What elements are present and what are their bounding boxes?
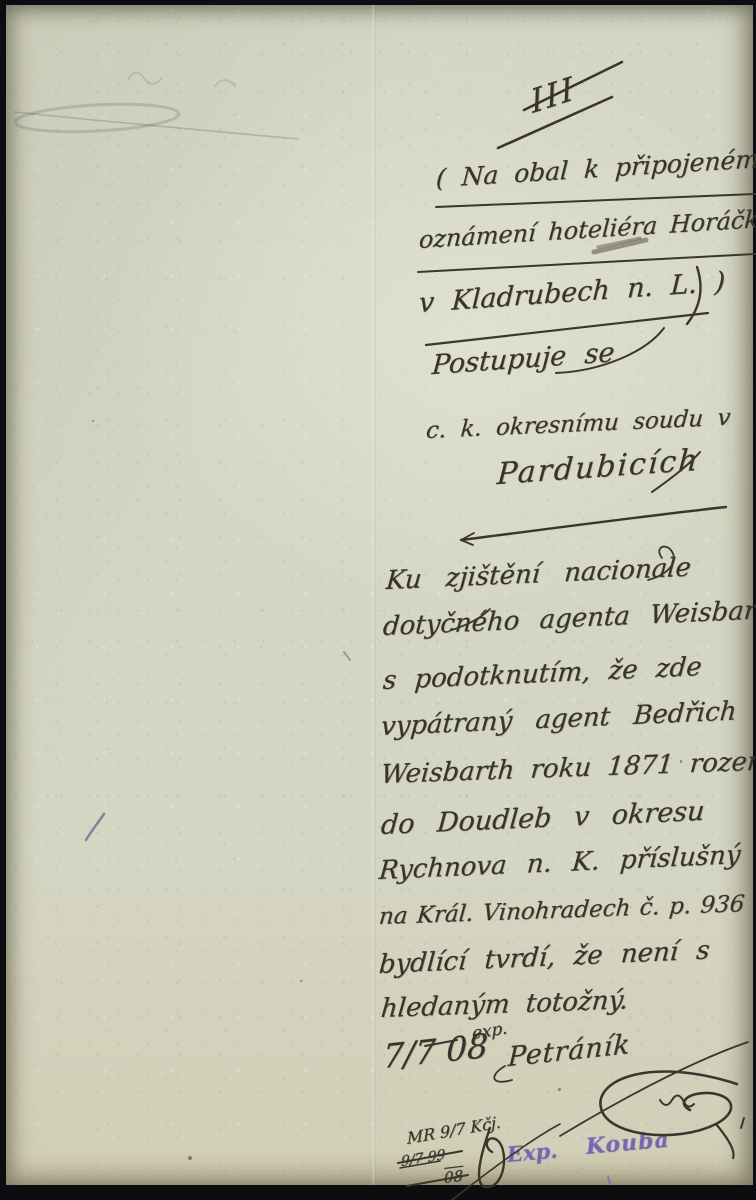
ghost-pencil-scribble [14, 101, 179, 136]
signature-tick [741, 1118, 744, 1128]
ghost-handwriting-trace [128, 72, 235, 86]
pardubicich-flourish [652, 452, 700, 492]
postupuje-flourish [556, 328, 664, 373]
strikethrough-stroke [398, 1151, 462, 1163]
scanned-document: III ( Na obal k připojenému oznámení hot… [0, 0, 756, 1200]
nacionale-flourish [648, 547, 674, 580]
pardubicich-underline [461, 507, 726, 540]
stamp-stray-mark [608, 1176, 610, 1184]
strikethrough-stroke [407, 1175, 468, 1186]
ink-annotations-layer [0, 0, 756, 1200]
dotycneho-flourish [452, 609, 490, 630]
petranik-lead-swash [494, 1066, 512, 1082]
heading-overline [524, 62, 622, 110]
cover-underline-2 [418, 254, 755, 272]
clerk-monogram [479, 1128, 504, 1187]
cover-underline-3 [426, 313, 708, 345]
ghost-pencil-line [14, 112, 298, 139]
blue-ink-mark [86, 814, 104, 840]
heading-underline [498, 97, 612, 148]
blue-ink-speck [344, 652, 350, 660]
cover-underline-1 [436, 194, 755, 207]
date-overline [425, 1040, 457, 1046]
monogram-diagonal [452, 1124, 560, 1200]
signature-tail [716, 1124, 734, 1158]
